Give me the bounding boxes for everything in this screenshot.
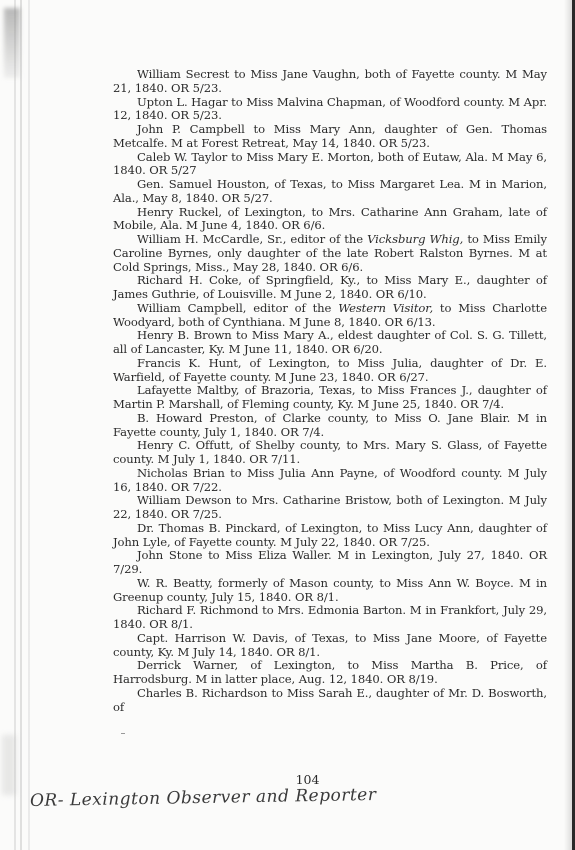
book-binding-edge [0, 0, 40, 850]
entry-17: Dr. Thomas B. Pinckard, of Lexington, to… [113, 522, 547, 550]
marriage-records-text: William Secrest to Miss Jane Vaughn, bot… [113, 68, 547, 714]
entry-9: William Campbell, editor of the Western … [113, 302, 547, 330]
entry-7-pre: William H. McCardle, Sr., editor of the [137, 232, 367, 246]
page-number: 104 [0, 772, 575, 787]
entry-5: Gen. Samuel Houston, of Texas, to Miss M… [113, 178, 547, 206]
entry-23: Charles B. Richardson to Miss Sarah E., … [113, 687, 547, 715]
entry-9-pre: William Campbell, editor of the [137, 301, 338, 315]
entry-16: William Dewson to Mrs. Catharine Bristow… [113, 494, 547, 522]
entry-10: Henry B. Brown to Miss Mary A., eldest d… [113, 329, 547, 357]
entry-13: B. Howard Preston, of Clarke county, to … [113, 412, 547, 440]
entry-19: W. R. Beatty, formerly of Mason county, … [113, 577, 547, 605]
entry-4: Caleb W. Taylor to Miss Mary E. Morton, … [113, 151, 547, 179]
entry-15: Nicholas Brian to Miss Julia Ann Payne, … [113, 467, 547, 495]
page-right-shadow [564, 0, 572, 850]
entry-3: John P. Campbell to Miss Mary Ann, daugh… [113, 123, 547, 151]
entry-14: Henry C. Offutt, of Shelby county, to Mr… [113, 439, 547, 467]
newspaper-title-vicksburg-whig: Vicksburg Whig, [367, 232, 463, 246]
entry-6: Henry Ruckel, of Lexington, to Mrs. Cath… [113, 206, 547, 234]
stray-mark [121, 733, 125, 734]
entry-8: Richard H. Coke, of Springfield, Ky., to… [113, 274, 547, 302]
entry-22: Derrick Warner, of Lexington, to Miss Ma… [113, 659, 547, 687]
entry-21: Capt. Harrison W. Davis, of Texas, to Mi… [113, 632, 547, 660]
binding-shadow-top [4, 8, 20, 78]
entry-1: William Secrest to Miss Jane Vaughn, bot… [113, 68, 547, 96]
entry-12: Lafayette Maltby, of Brazoria, Texas, to… [113, 384, 547, 412]
entry-20: Richard F. Richmond to Mrs. Edmonia Bart… [113, 604, 547, 632]
entry-2: Upton L. Hagar to Miss Malvina Chapman, … [113, 96, 547, 124]
handwritten-source-note: OR- Lexington Observer and Reporter [30, 785, 377, 811]
entry-7: William H. McCardle, Sr., editor of the … [113, 233, 547, 274]
entry-18: John Stone to Miss Eliza Waller. M in Le… [113, 549, 547, 577]
entry-11: Francis K. Hunt, of Lexington, to Miss J… [113, 357, 547, 385]
newspaper-title-western-visitor: Western Visitor, [338, 301, 433, 315]
